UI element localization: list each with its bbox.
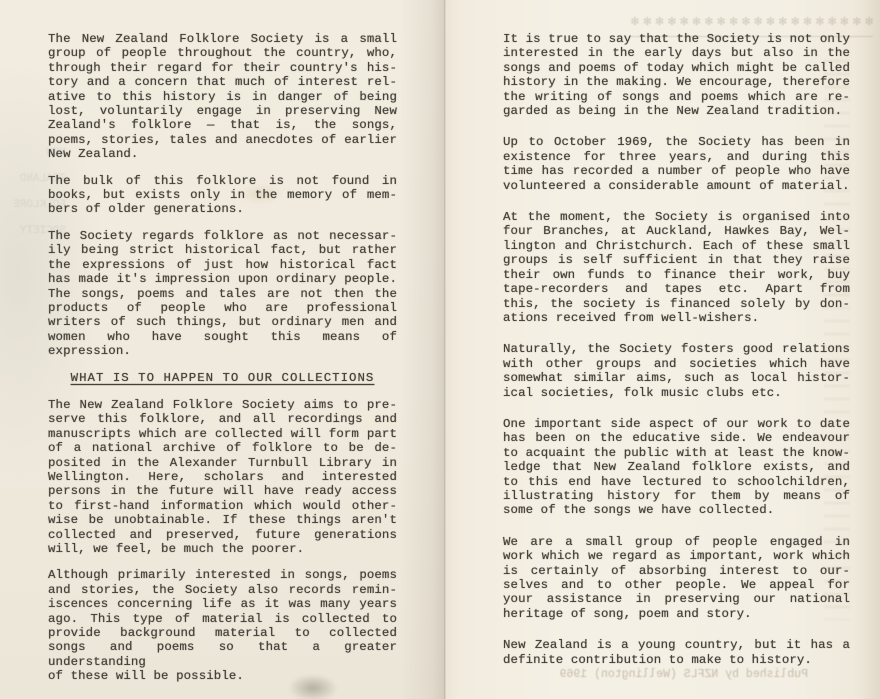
text-line: this, the society is financed solely by …: [503, 297, 850, 311]
text-line: to first-hand information which would ot…: [48, 499, 397, 513]
text-line: lost, voluntarily engage in preserving N…: [48, 104, 397, 118]
text-line: At the moment, the Society is organised …: [503, 210, 850, 224]
paragraph: Although primarily interested in songs, …: [48, 568, 397, 683]
text-line: some of the songs we have collected.: [503, 503, 850, 517]
paragraph: At the moment, the Society is organised …: [503, 210, 850, 325]
text-line: songs and poems of today which might be …: [503, 61, 850, 75]
text-line: your assistance in preserving our nation…: [503, 592, 850, 606]
text-line: interested in the early days but also in…: [503, 46, 850, 60]
text-line: Although primarily interested in songs, …: [48, 568, 397, 582]
text-line: ative to this history is in danger of be…: [48, 90, 397, 104]
text-line: somewhat similar aims, such as local his…: [503, 371, 850, 385]
text-line: and stories, the Society also records re…: [48, 583, 397, 597]
text-line: ily being strict historical fact, but ra…: [48, 243, 397, 257]
page-left: NEW ZEALAND FOLKLORE SOCIETY The New Zea…: [0, 0, 446, 699]
paragraph: The New Zealand Folklore Society aims to…: [48, 398, 397, 556]
text-line: Wellington. Here, scholars and intereste…: [48, 470, 397, 484]
text-line: writers of such things, but ordinary men…: [48, 315, 397, 329]
paragraph: The New Zealand Folklore Society is a sm…: [48, 32, 397, 162]
text-line: illustrating history for them by means o…: [503, 489, 850, 503]
section-heading: WHAT IS TO HAPPEN TO OUR COLLECTIONS: [48, 371, 397, 385]
ink-smudge: [288, 674, 338, 699]
text-line: Up to October 1969, the Society has been…: [503, 135, 850, 149]
text-line: groups is self sufficient in that they r…: [503, 253, 850, 267]
text-line: provide background material to collected: [48, 626, 397, 640]
text-line: volunteered a considerable amount of mat…: [503, 179, 850, 193]
paragraph: We are a small group of people engaged i…: [503, 535, 850, 621]
page-edge-shadow: [854, 0, 880, 699]
text-line: time has recorded a number of people who…: [503, 164, 850, 178]
text-line: will, we feel, be much the poorer.: [48, 542, 397, 556]
text-line: four Branches, at Auckland, Hawkes Bay, …: [503, 224, 850, 238]
text-line: group of people throughout the country, …: [48, 46, 397, 60]
text-line: The Society regards folklore as not nece…: [48, 229, 397, 243]
paragraph: One important side aspect of our work to…: [503, 417, 850, 518]
text-line: garded as being in the New Zealand tradi…: [503, 104, 850, 118]
paragraph: It is true to say that the Society is no…: [503, 32, 850, 118]
text-line: wise be unobtainable. If these things ar…: [48, 513, 397, 527]
text-line: tory and a concern that much of interest…: [48, 75, 397, 89]
text-line: books, but exists only in the memory of …: [48, 188, 397, 202]
page-right: ✻✻✻✻✻✻✻✻✻✻✻✻✻✻✻✻✻✻✻✻✻✻✻✻✻✻✻✻✻✻ It is tru…: [446, 0, 880, 699]
text-line: bers of older generations.: [48, 202, 397, 216]
text-line: It is true to say that the Society is no…: [503, 32, 850, 46]
left-text-column: The New Zealand Folklore Society is a sm…: [48, 32, 397, 696]
text-line: women who have sought this means of expr…: [48, 330, 397, 359]
text-line: to acquaint the public with at least the…: [503, 446, 850, 460]
paragraph: The bulk of this folklore is not found i…: [48, 174, 397, 217]
text-line: selves and to other people. We appeal fo…: [503, 578, 850, 592]
text-line: the writing of songs and poems which are…: [503, 90, 850, 104]
text-line: ations received from well-wishers.: [503, 311, 850, 325]
text-line: products of people who are professional: [48, 301, 397, 315]
text-line: posited in the Alexander Turnbull Librar…: [48, 456, 397, 470]
text-line: ledge that New Zealand folklore exists, …: [503, 460, 850, 474]
text-line: The New Zealand Folklore Society is a sm…: [48, 32, 397, 46]
text-line: persons in the future will have ready ac…: [48, 484, 397, 498]
paragraph: The Society regards folklore as not nece…: [48, 229, 397, 359]
text-line: is certainly of absorbing interest to ou…: [503, 564, 850, 578]
text-line: The New Zealand Folklore Society aims to…: [48, 398, 397, 412]
text-line: through their regard for their country's…: [48, 61, 397, 75]
text-line: ago. This type of material is collected …: [48, 612, 397, 626]
text-line: existence for three years, and during th…: [503, 150, 850, 164]
text-line: ical societies, folk music clubs etc.: [503, 386, 850, 400]
text-line: definite contribution to make to history…: [503, 653, 850, 667]
text-line: has made it's impression upon ordinary p…: [48, 272, 397, 286]
text-line: One important side aspect of our work to…: [503, 417, 850, 431]
text-line: work which we regard as important, work …: [503, 549, 850, 563]
text-line: has been on the educative side. We endea…: [503, 431, 850, 445]
paragraph: Up to October 1969, the Society has been…: [503, 135, 850, 193]
text-line: history in the making. We encourage, the…: [503, 75, 850, 89]
text-line: Naturally, the Society fosters good rela…: [503, 342, 850, 356]
booklet-spread: NEW ZEALAND FOLKLORE SOCIETY The New Zea…: [0, 0, 880, 699]
text-line: of a national archive of folklore to be …: [48, 441, 397, 455]
text-line: serve this folklore, and all recordings …: [48, 412, 397, 426]
text-line: heritage of song, poem and story.: [503, 607, 850, 621]
text-line: New Zealand.: [48, 147, 397, 161]
paragraph: Naturally, the Society fosters good rela…: [503, 342, 850, 400]
paragraph: New Zealand is a young country, but it h…: [503, 638, 850, 667]
text-line: lington and Christchurch. Each of these …: [503, 239, 850, 253]
right-text-column: It is true to say that the Society is no…: [503, 32, 850, 684]
text-line: The bulk of this folklore is not found i…: [48, 174, 397, 188]
text-line: We are a small group of people engaged i…: [503, 535, 850, 549]
text-line: with other groups and societies which ha…: [503, 357, 850, 371]
text-line: tape-recorders and tapes etc. Apart from: [503, 282, 850, 296]
text-line: the expressions of just how historical f…: [48, 258, 397, 272]
text-line: The songs, poems and tales are not then …: [48, 287, 397, 301]
text-line: poems, stories, tales and anecdotes of e…: [48, 133, 397, 147]
text-line: iscences concerning life as it was many …: [48, 597, 397, 611]
text-line: New Zealand is a young country, but it h…: [503, 638, 850, 652]
text-line: to this end have lectured to schoolchild…: [503, 475, 850, 489]
text-line: manuscripts which are collected will for…: [48, 427, 397, 441]
text-line: songs and poems so that a greater unders…: [48, 640, 397, 669]
text-line: collected and preserved, future generati…: [48, 528, 397, 542]
text-line: Zealand's folklore — that is, the songs,: [48, 118, 397, 132]
text-line: their own funds to finance their work, b…: [503, 268, 850, 282]
text-line: of these will be possible.: [48, 669, 397, 683]
